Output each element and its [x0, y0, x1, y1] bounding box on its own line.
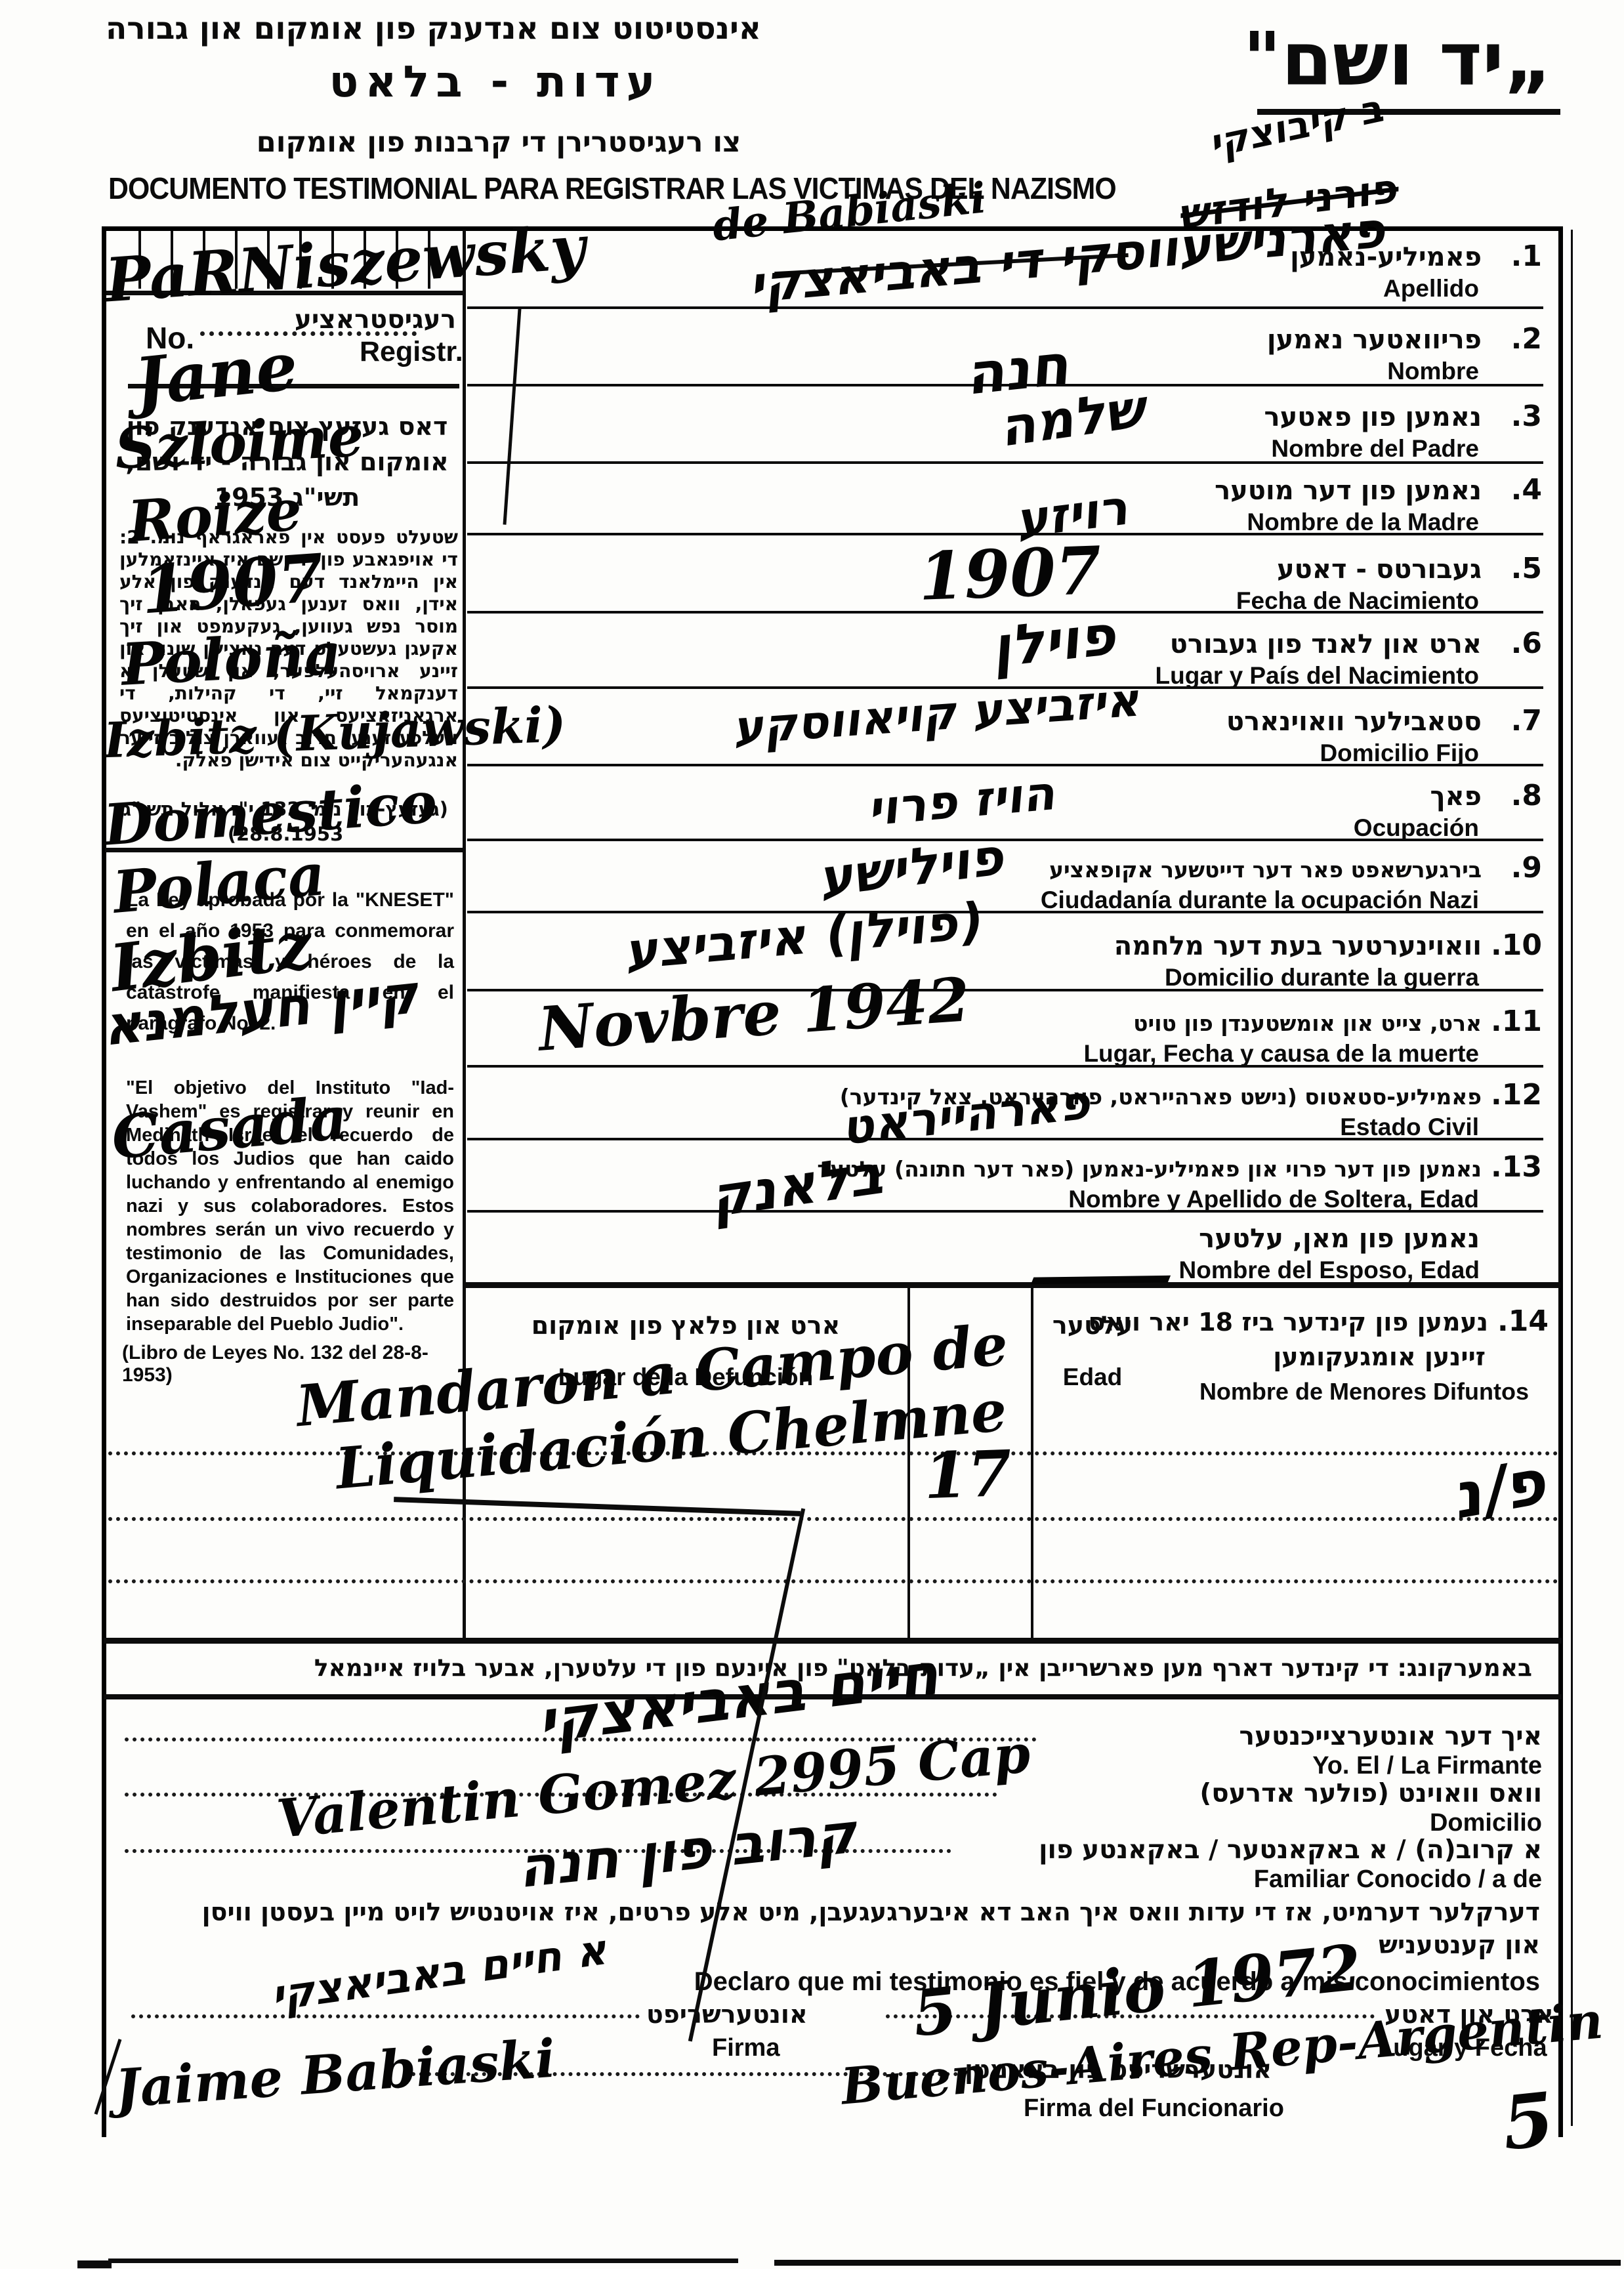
hw-fecha-nacimiento-right: 1907 [917, 537, 1102, 610]
field-2: פריוואטער נאמען.2 Nombre [722, 323, 1542, 385]
hw-lugar-nacimiento-hebrew: פוילן [993, 606, 1120, 675]
table-top-border [466, 1282, 1560, 1288]
firma-dotted-line [131, 2014, 640, 2018]
hw-padre: Szloime [114, 408, 365, 478]
hw-fecha-nacimiento-left: 1907 [139, 545, 326, 623]
hw-nombre: Jane [131, 333, 301, 415]
firma-label-yi: אונטערשריפט [646, 2000, 808, 2029]
registr-label-yi: רעגיסטראציע [276, 305, 456, 335]
yad-vashem-testimony-page: אינסטיטוט צום אנדענק פון אומקום און גבור… [0, 0, 1624, 2269]
header-title-edut-blat: עדות - בלאט [308, 56, 682, 107]
field-4: נאמען פון דער מוטער.4 Nombre de la Madre [722, 474, 1542, 536]
declaration-yi-line2: און קענטעניש [1379, 1930, 1540, 1959]
field-5: געבורטס - דאטע.5 Fecha de Nacimiento [722, 552, 1542, 615]
table-row-line-2 [108, 1517, 1558, 1521]
registr-label-es: Registr. [360, 336, 463, 368]
table-bottom-border [104, 1638, 1562, 1644]
field-sep-1 [467, 306, 1543, 309]
yad-vashem-logo: „יד ושם" [1234, 17, 1562, 102]
domicilio-label: וואס וואוינט (פולער אדרעס) Domicilio [1199, 1780, 1542, 1838]
form-box-outer-right-line [1571, 230, 1573, 2126]
scan-artifact-1 [108, 2259, 738, 2263]
hw-menores-edad: 17 [923, 1442, 1012, 1509]
hw-lugar-nacimiento: Poloña [120, 624, 343, 693]
firma-label-es: Firma [712, 2034, 780, 2062]
scan-artifact-2 [774, 2260, 1621, 2266]
declaration-yi-line1: דערקלער דערמיט, אז די עדות וואס איך האב … [202, 1898, 1540, 1926]
hw-esposo-dash: — [1021, 1245, 1180, 1306]
header-institute-line: אינסטיטוט צום אנדענק פון אומקום און גבור… [151, 10, 761, 47]
field-14-header: נעמען פון קינדער ביז 18 יאר וואס.14 זיינ… [1043, 1302, 1549, 1407]
firmante-label: איך דער אונטערצייכנטער Yo. El / La Firma… [1239, 1722, 1542, 1781]
funcionario-label-es: Firma del Funcionario [1024, 2094, 1284, 2123]
hw-madre: Roize [126, 482, 303, 551]
field-8: פאך.8 Ocupación [722, 780, 1542, 842]
hw-page-number: 5 [1499, 2083, 1557, 2161]
table-row-line-3 [108, 1579, 1558, 1583]
scan-artifact-3 [77, 2260, 112, 2268]
hw-menores-hebrew: פ/נ [1457, 1448, 1549, 1528]
header-register-line: צו רעגיסטרירן די קרבנות פון אומקום [223, 126, 774, 159]
familiar-label: א קרוב(ה) / א באקאנטער / באקאנטע פון Fam… [1039, 1836, 1542, 1894]
